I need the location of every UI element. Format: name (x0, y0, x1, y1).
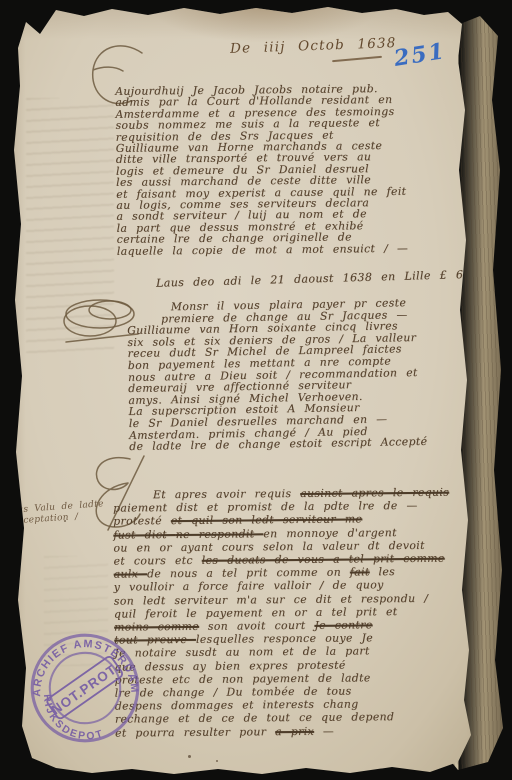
paragraph-second: Monsr il vous plaira payer pr cestepremi… (127, 296, 480, 453)
photo-background: De iiij Octob 1638 251 Aujourdhuij Je Ja… (0, 0, 512, 780)
archive-stamp: ARCHIEF AMSTERDAM RIJKSDEPOT NOT.PROT. (19, 620, 150, 756)
paragraph-third: Et apres avoir requis ausinct apres le r… (113, 485, 475, 739)
ink-dot (188, 755, 191, 758)
folio-number: 251 (392, 38, 447, 72)
ink-dot (216, 760, 218, 762)
date-underline (332, 56, 382, 62)
manuscript-page: De iiij Octob 1638 251 Aujourdhuij Je Ja… (0, 0, 512, 780)
paragraph-first: Aujourdhuij Je Jacob Jacobs notaire pub.… (115, 82, 469, 257)
margin-note: aus Valu de ladteacceptation / (11, 498, 116, 527)
manuscript-line: et pourra resulter pour a prix — (115, 723, 475, 739)
value-line: Laus deo adi le 21 daoust 1638 en Lille … (156, 267, 494, 289)
stamp-center-text: NOT.PROT. (49, 660, 123, 718)
ink-bleed-through-left (26, 98, 114, 353)
manuscript-line: laquelle la copie de mot a mot ensuict /… (117, 242, 469, 257)
paper-stain (150, 0, 380, 42)
